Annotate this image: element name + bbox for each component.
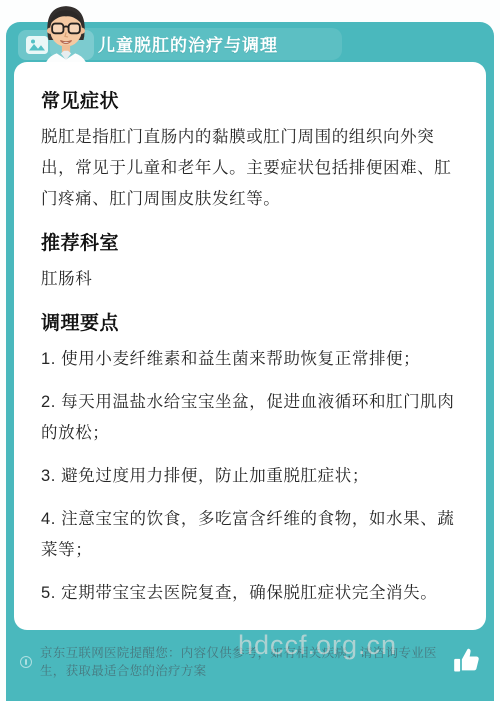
card-header: 儿童脱肛的治疗与调理 bbox=[6, 22, 494, 62]
tip-item: 4. 注意宝宝的饮食，多吃富含纤维的食物，如水果、蔬菜等； bbox=[41, 504, 466, 566]
department-text: 肛肠科 bbox=[41, 264, 466, 295]
like-button[interactable] bbox=[452, 647, 482, 677]
disclaimer-text: 京东互联网医院提醒您：内容仅供参考，如有相关疾病，请咨询专业医生，获取最适合您的… bbox=[40, 644, 452, 680]
tip-item: 2. 每天用温盐水给宝宝坐盆，促进血液循环和肛门肌肉的放松； bbox=[41, 387, 466, 449]
health-info-card: 儿童脱肛的治疗与调理 常见症状 脱肛是指肛门直肠内的黏膜或肛门周围的组织向外突出… bbox=[6, 22, 494, 701]
symptoms-heading: 常见症状 bbox=[41, 86, 466, 113]
page-title: 儿童脱肛的治疗与调理 bbox=[98, 31, 278, 56]
thumbs-up-icon bbox=[453, 647, 481, 675]
tip-item: 3. 避免过度用力排便，防止加重脱肛症状； bbox=[41, 461, 466, 492]
tip-item: 5. 定期带宝宝去医院复查，确保脱肛症状完全消失。 bbox=[41, 578, 466, 609]
tip-item: 1. 使用小麦纤维素和益生菌来帮助恢复正常排便； bbox=[41, 344, 466, 375]
symptoms-text: 脱肛是指肛门直肠内的黏膜或肛门周围的组织向外突出，常见于儿童和老年人。主要症状包… bbox=[41, 122, 466, 215]
content-panel: 常见症状 脱肛是指肛门直肠内的黏膜或肛门周围的组织向外突出，常见于儿童和老年人。… bbox=[14, 62, 486, 630]
department-heading: 推荐科室 bbox=[41, 228, 466, 255]
info-icon bbox=[20, 656, 32, 668]
disclaimer-footer: 京东互联网医院提醒您：内容仅供参考，如有相关疾病，请咨询专业医生，获取最适合您的… bbox=[6, 631, 494, 701]
tips-heading: 调理要点 bbox=[41, 308, 466, 335]
